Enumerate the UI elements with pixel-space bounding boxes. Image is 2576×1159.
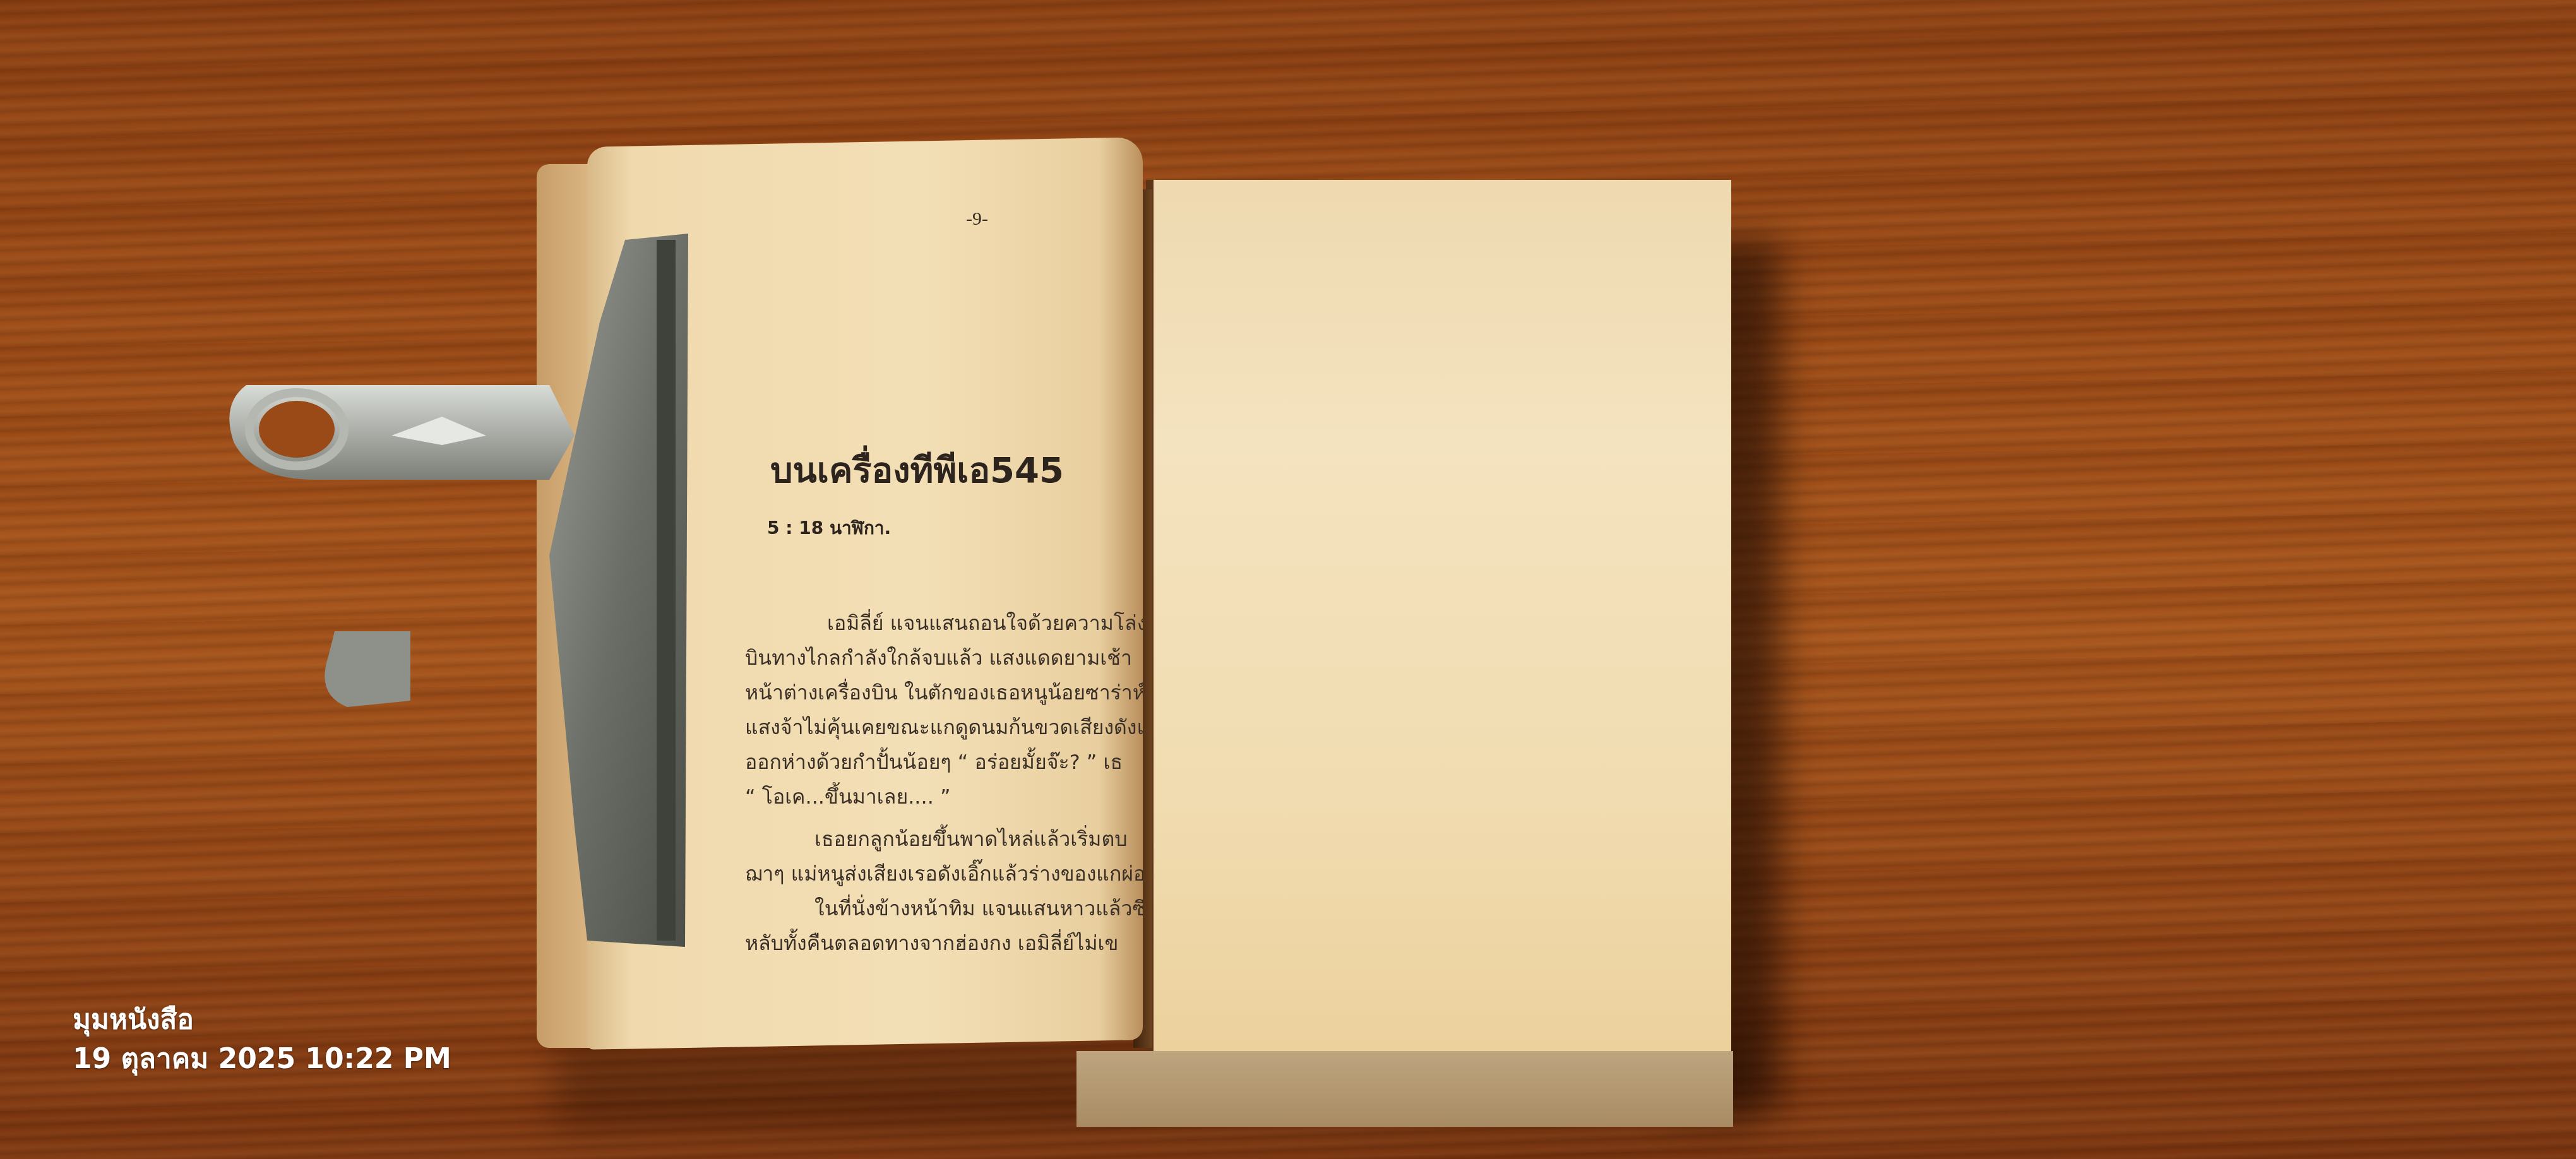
text-line: ฌาๆ แม่หนูส่งเสียงเรอดังเอิ๊กแล้วร่างของ… [745, 857, 1143, 891]
text-line: หน้าต่างเครื่องบิน ในตักของเธอหนูน้อยซาร… [745, 675, 1143, 710]
text-line: แสงจ้าไม่คุ้นเคยขณะแกดูดนมก้นขวดเสียงดัง… [745, 710, 1143, 745]
photo-watermark: มุมหนังสือ 19 ตุลาคม 2025 10:22 PM [73, 1001, 451, 1079]
watermark-datetime: 19 ตุลาคม 2025 10:22 PM [73, 1040, 451, 1079]
page-number: -9- [966, 208, 988, 230]
chapter-title: บนเครื่องทีพีเอ545 [770, 442, 1064, 498]
text-line: “ โอเค...ขึ้นมาเลย.... ” [745, 780, 1143, 814]
watermark-title: มุมหนังสือ [73, 1001, 451, 1040]
bulldog-clip-icon [221, 227, 688, 953]
book-page-edges [1076, 1051, 1733, 1127]
chapter-time: 5 : 18 นาฬิกา. [767, 514, 891, 542]
page-body-text: เอมิลี่ย์ แจนแสนถอนใจด้วยความโล่งอ บินทา… [745, 606, 1143, 961]
text-line: ในที่นั่งข้างหน้าทิม แจนแสนหาวแล้วซึ [745, 891, 1143, 926]
text-line: ออกห่างด้วยกำปั้นน้อยๆ “ อร่อยมั้ยจ๊ะ? ”… [745, 745, 1143, 780]
text-line: หลับทั้งคืนตลอดทางจากฮ่องกง เอมิลี่ย์ไม่… [745, 926, 1143, 961]
text-line: บินทางไกลกำลังใกล้จบแล้ว แสงแดดยามเช้า [745, 641, 1143, 675]
book-right-page [1146, 180, 1731, 1051]
text-line: เอมิลี่ย์ แจนแสนถอนใจด้วยความโล่งอ [745, 606, 1143, 641]
text-line: เธอยกลูกน้อยขึ้นพาดไหล่แล้วเริ่มตบ [745, 822, 1143, 857]
